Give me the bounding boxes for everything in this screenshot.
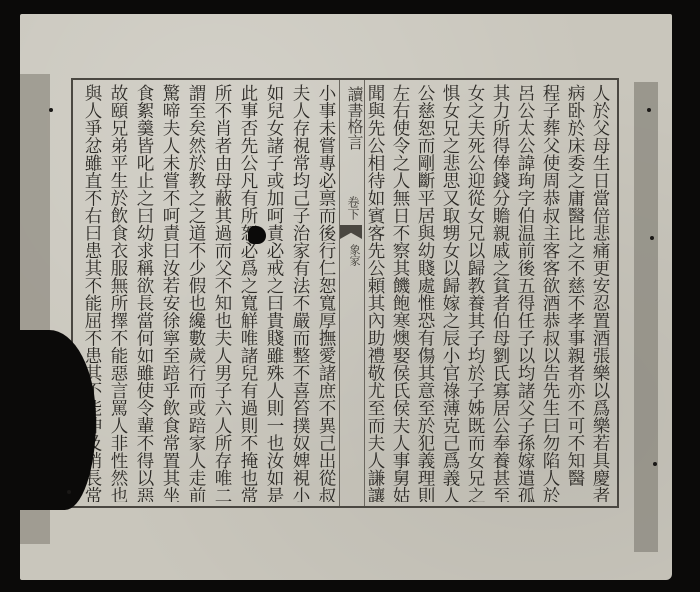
volume-label: 卷下 xyxy=(345,196,362,220)
fishtail-mark-icon xyxy=(340,225,362,239)
text-column: 驚啼夫人未嘗不呵責曰汝若安徐寧至踣乎飲食常置其坐側常 xyxy=(157,84,183,502)
center-fold-banxin: 讀書格言 卷下 象家 xyxy=(339,80,365,506)
binding-hole-mark xyxy=(647,108,651,112)
right-half-text: 人於父母生日當倍悲痛更安忍置酒張樂以爲樂若具慶者可耳 病卧於床委之庸醫比之不慈不… xyxy=(363,84,613,502)
text-column: 謂至矣然於教之之道不少假也纔數歲行而或踣家人走前扶抱恐其 xyxy=(183,84,209,502)
text-column: 聞與先公相待如賓客先公頼其內助禮敬尤至而夫人謙讓自牧雖 xyxy=(363,84,388,502)
text-column: 人於父母生日當倍悲痛更安忍置酒張樂以爲樂若具慶者可耳 xyxy=(588,84,613,502)
binding-hole-mark xyxy=(49,108,53,112)
book-title: 讀書格言 xyxy=(343,86,366,150)
binding-hole-mark xyxy=(650,236,654,240)
text-column: 呂公太公諱珣字伯温前後五得任子以均諸父子孫嫁遣孤女必盡 xyxy=(513,84,538,502)
binding-hole-mark xyxy=(653,462,657,466)
text-column: 小事未嘗專必禀而後行仁恕寬厚撫愛諸庶不異己出從叔孫幼 xyxy=(313,84,339,502)
section-label: 象家 xyxy=(346,244,362,266)
text-column: 惧女兄之悲思又取甥女以歸嫁之辰小官祿薄克己爲義人以爲難 xyxy=(438,84,463,502)
text-column: 程子葬父使周恭叔主客客欲酒恭叔以告先生曰勿陷人於惡 xyxy=(538,84,563,502)
text-column: 病卧於床委之庸醫比之不慈不孝事親者亦不可不知醫 xyxy=(563,84,588,502)
text-column: 故頤兄弟平生於飲食衣服無所擇不能惡言罵人非性然也教使之然也 xyxy=(105,84,131,502)
text-column: 左右使令之人無日不察其饑飽寒燠娶侯氏侯夫人事舅姑以孝謹 xyxy=(388,84,413,502)
text-column: 食絮羹皆叱止之曰幼求稱欲長當何如雖使令輩不得以惡言罵之 xyxy=(131,84,157,502)
text-column: 所不肖者由母蔽其過而父不知也夫人男子六人所存唯二其慈愛可 xyxy=(209,84,235,502)
paper-damage-hole xyxy=(248,226,266,244)
text-column: 女之夫死公迎從女兄以歸教養其子均於子姊既而女兄之女又寡公 xyxy=(463,84,488,502)
left-half-text: 小事未嘗專必禀而後行仁恕寬厚撫愛諸庶不異己出從叔孫幼 夫人存視常均己子治家有法不… xyxy=(77,84,339,502)
printed-border-frame: 人於父母生日當倍悲痛更安忍置酒張樂以爲樂若具慶者可耳 病卧於床委之庸醫比之不慈不… xyxy=(71,78,619,508)
right-binding-strip xyxy=(634,82,658,552)
text-column: 夫人存視常均己子治家有法不嚴而整不喜笞撲奴婢視小臧獲 xyxy=(287,84,313,502)
text-column: 公慈恕而剛斷平居與幼賤處惟恐有傷其意至於犯義理則不假也 xyxy=(413,84,438,502)
binding-hole-mark xyxy=(67,490,71,494)
text-column: 其力所得俸錢分贍親戚之貧者伯母劉氏寡居公奉養甚至其 xyxy=(488,84,513,502)
text-column: 如兒女諸子或加呵責必戒之曰貴賤雖殊人則一也汝如是大辰能爲 xyxy=(261,84,287,502)
text-column: 此事否先公凡有所怒必爲之寬觧唯諸兒有過則不掩也常曰子之 xyxy=(235,84,261,502)
